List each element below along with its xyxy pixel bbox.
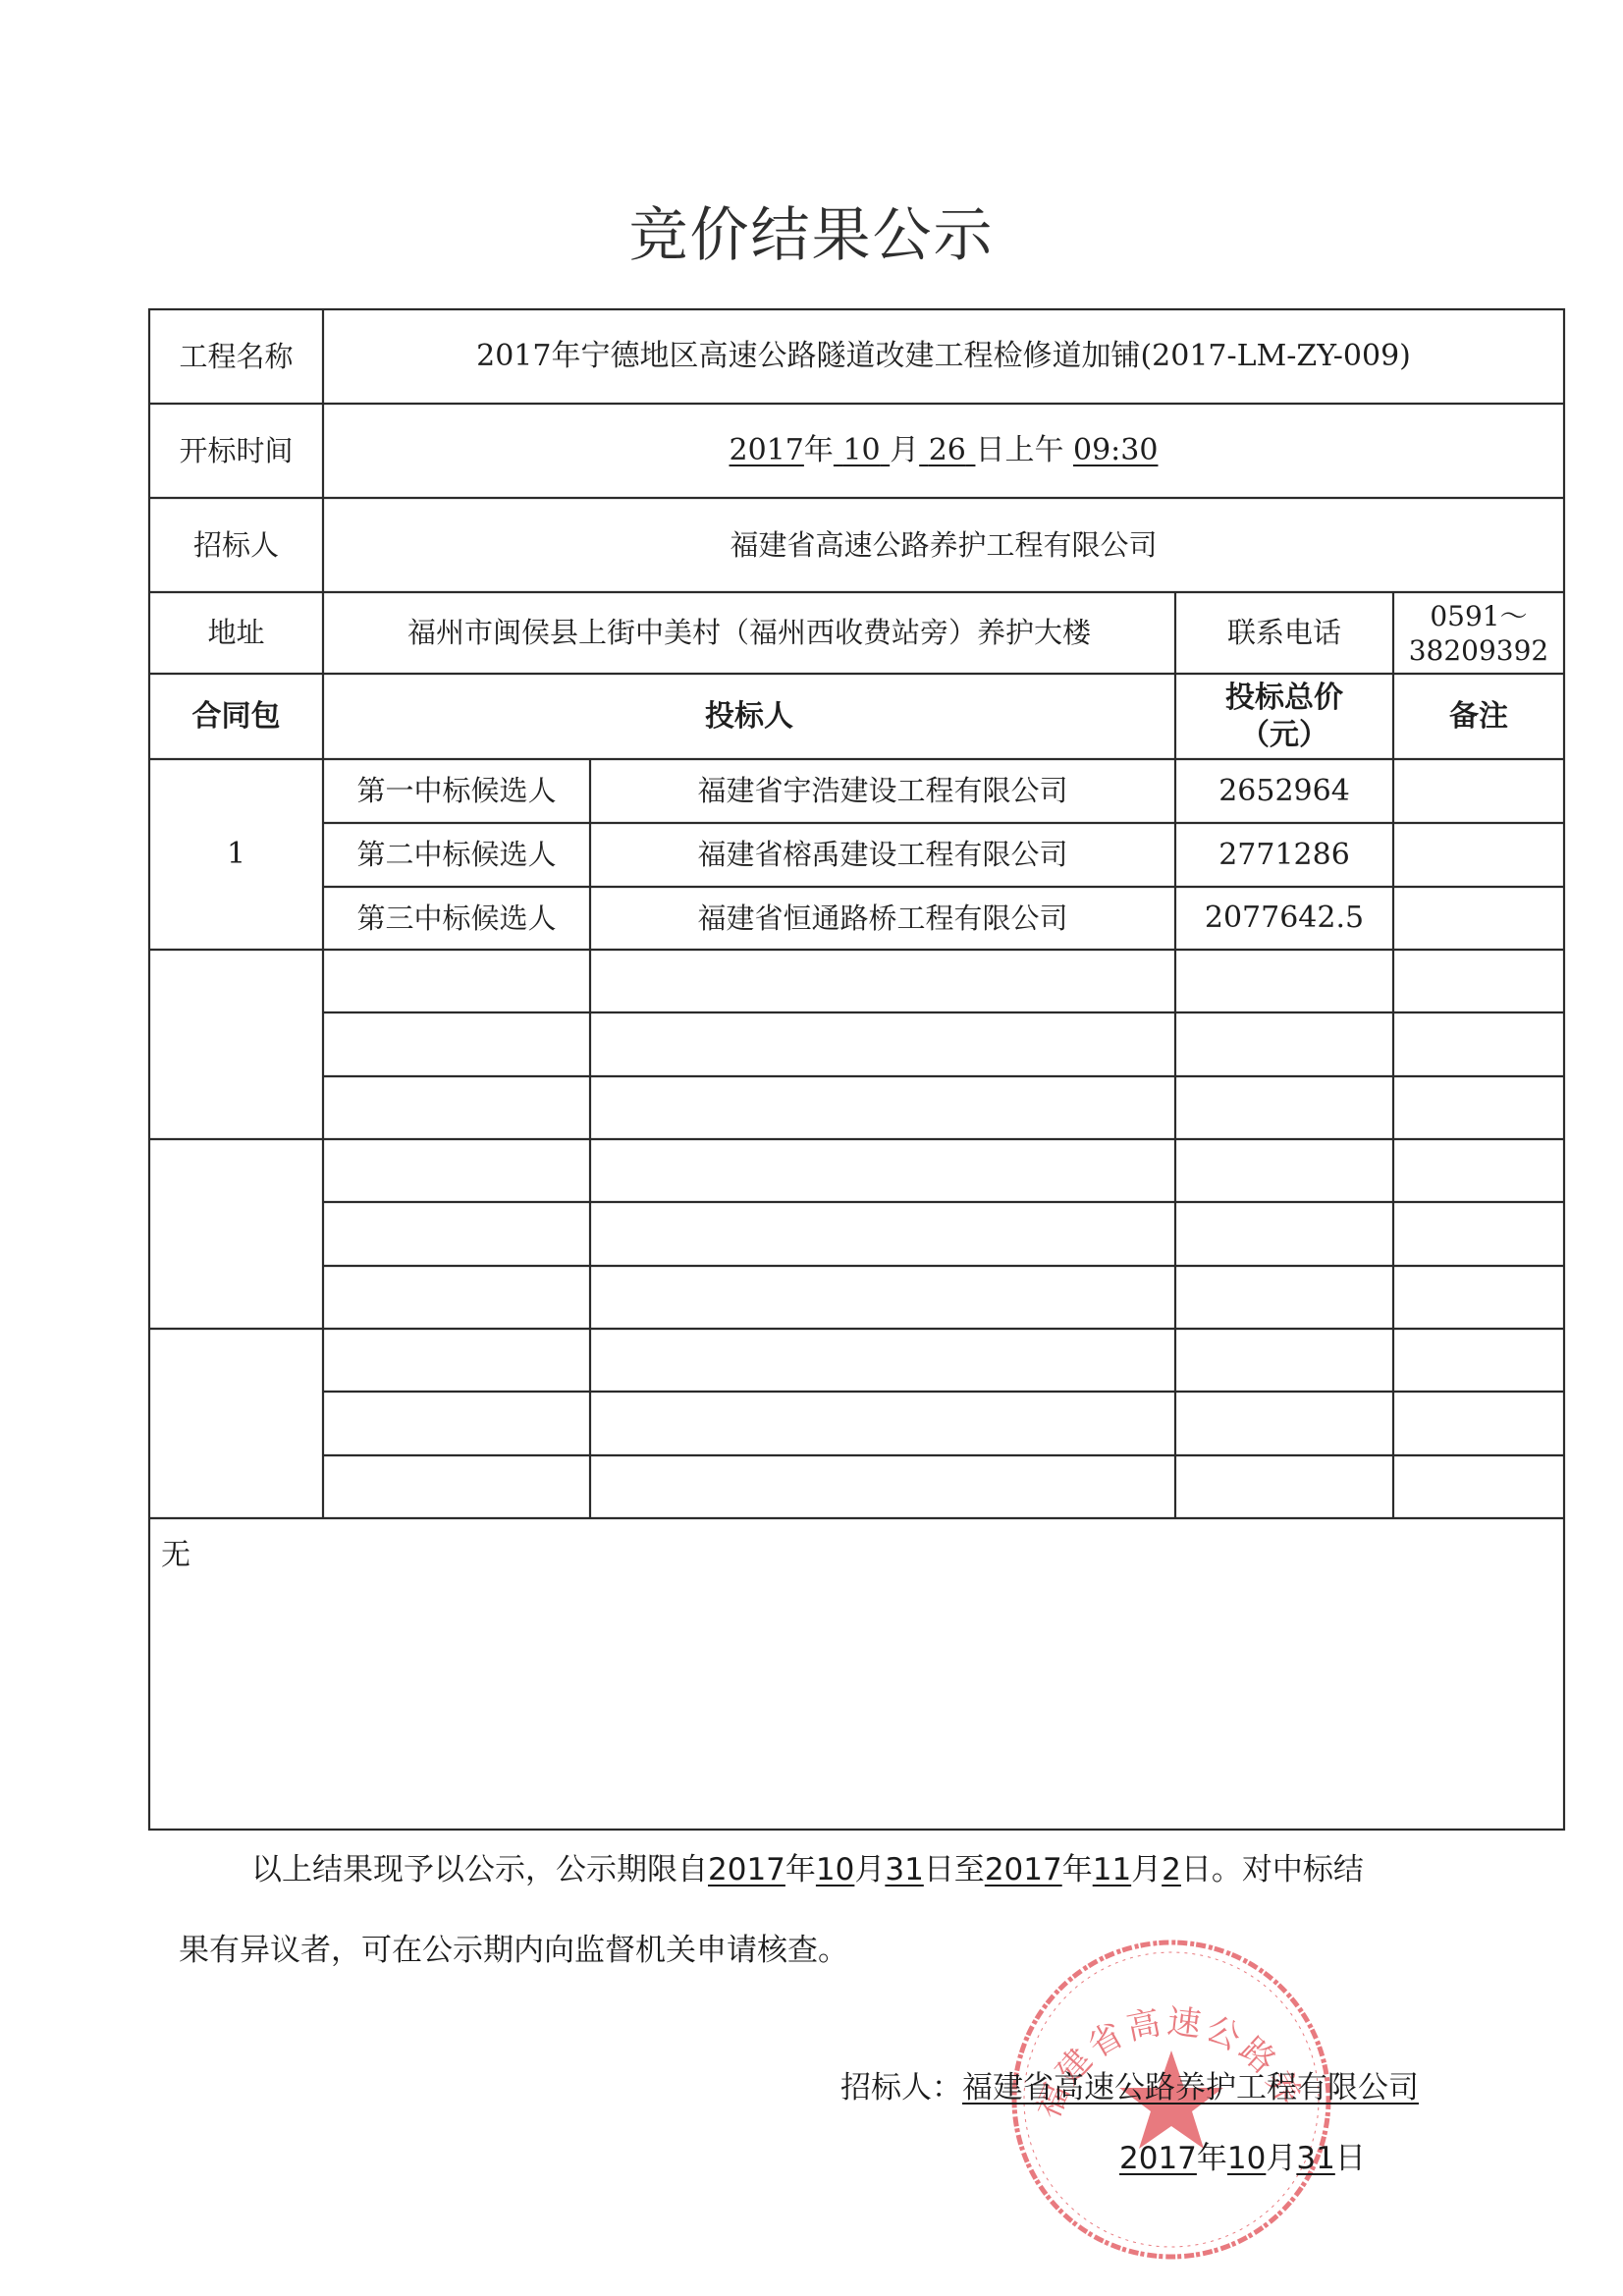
remark-2	[1393, 823, 1564, 887]
company-2: 福建省榕禹建设工程有限公司	[590, 823, 1175, 887]
notice-end-month: 11	[1093, 1852, 1131, 1887]
notice-start-year: 2017	[708, 1852, 785, 1887]
header-price: 投标总价 （元）	[1175, 674, 1393, 759]
signature-year: 2017	[1119, 2141, 1197, 2176]
header-bidder: 投标人	[323, 674, 1175, 759]
header-remark: 备注	[1393, 674, 1564, 759]
signature-line: 招标人：福建省高速公路养护工程有限公司	[840, 2062, 1419, 2106]
page-title: 竞价结果公示	[0, 189, 1623, 273]
notice-d2: 日。对中标结	[1181, 1852, 1364, 1887]
notice-start-month: 10	[816, 1852, 854, 1887]
signature-date: 2017年10月31日	[1119, 2133, 1366, 2177]
phone-label: 联系电话	[1175, 592, 1393, 674]
header-price-line-1: 投标总价	[1225, 680, 1343, 717]
address-value: 福州市闽侯县上街中美村（福州西收费站旁）养护大楼	[323, 592, 1175, 674]
project-name-value: 2017年宁德地区高速公路隧道改建工程检修道加铺(2017-LM-ZY-009)	[323, 309, 1564, 404]
day-unit: 日上午	[975, 432, 1063, 469]
rank-2: 第二中标候选人	[323, 823, 590, 887]
phone-line-2: 38209392	[1409, 633, 1549, 668]
remarks-box-text: 无	[161, 1530, 190, 1573]
opening-time-label: 开标时间	[149, 404, 323, 498]
notice-end-year: 2017	[985, 1852, 1062, 1887]
phone-line-1: 0591～	[1430, 599, 1527, 633]
opening-day: 26	[919, 432, 975, 469]
phone-value: 0591～ 38209392	[1393, 592, 1564, 674]
price-1: 2652964	[1175, 759, 1393, 823]
signature-m: 月	[1266, 2141, 1296, 2176]
header-package: 合同包	[149, 674, 323, 759]
signature-y: 年	[1197, 2141, 1227, 2176]
signature-org: 福建省高速公路养护工程有限公司	[962, 2070, 1419, 2105]
notice-end-day: 2	[1162, 1852, 1181, 1887]
rank-1: 第一中标候选人	[323, 759, 590, 823]
notice-m2: 月	[1131, 1852, 1162, 1887]
address-label: 地址	[149, 592, 323, 674]
company-1: 福建省宇浩建设工程有限公司	[590, 759, 1175, 823]
opening-year: 2017	[730, 432, 804, 469]
notice-m1: 月	[854, 1852, 885, 1887]
year-unit: 年	[804, 432, 834, 469]
notice-line-2: 果有异议者，可在公示期内向监督机关申请核查。	[179, 1925, 848, 1969]
remark-1	[1393, 759, 1564, 823]
company-3: 福建省恒通路桥工程有限公司	[590, 887, 1175, 950]
month-unit: 月	[890, 432, 919, 469]
notice-text-a: 以上结果现予以公示，公示期限自	[251, 1852, 708, 1887]
signature-month: 10	[1227, 2141, 1266, 2176]
price-3: 2077642.5	[1175, 887, 1393, 950]
notice-d1: 日至	[924, 1852, 985, 1887]
tenderer-label: 招标人	[149, 498, 323, 592]
signature-label: 招标人：	[840, 2070, 962, 2105]
notice-y1: 年	[785, 1852, 816, 1887]
notice-line-1: 以上结果现予以公示，公示期限自2017年10月31日至2017年11月2日。对中…	[251, 1844, 1364, 1888]
opening-clock: 09:30	[1073, 432, 1158, 469]
remark-3	[1393, 887, 1564, 950]
package-id: 1	[149, 759, 323, 950]
project-name-label: 工程名称	[149, 309, 323, 404]
opening-month: 10	[834, 432, 890, 469]
opening-day-value: 26	[929, 433, 966, 467]
signature-d: 日	[1335, 2141, 1366, 2176]
opening-month-value: 10	[842, 433, 880, 467]
header-price-line-2: （元）	[1240, 717, 1328, 754]
notice-start-day: 31	[885, 1852, 923, 1887]
signature-day: 31	[1296, 2141, 1334, 2176]
notice-y2: 年	[1062, 1852, 1093, 1887]
opening-time-value: 2017年 10 月 26 日上午 09:30	[323, 404, 1564, 498]
tenderer-value: 福建省高速公路养护工程有限公司	[323, 498, 1564, 592]
rank-3: 第三中标候选人	[323, 887, 590, 950]
price-2: 2771286	[1175, 823, 1393, 887]
